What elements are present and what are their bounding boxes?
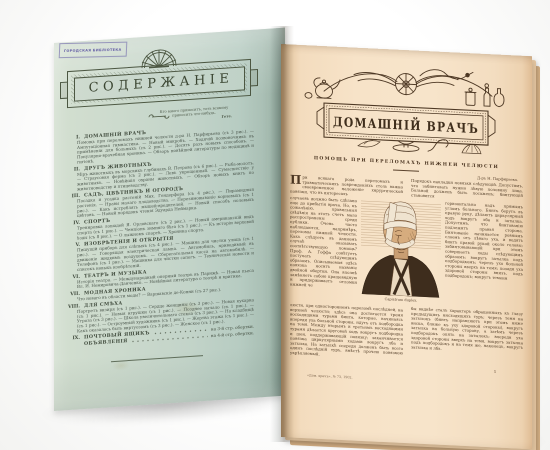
contents-page: ГОРОДСКАЯ БИБЛІОТЕКА СОДЕРЖАНІЕ xyxy=(54,28,285,411)
article-column-2-side: горизонтально надъ прямымъ угломъ больно… xyxy=(445,201,523,312)
dot-leader xyxy=(131,336,208,343)
toc-number: VI. xyxy=(67,274,80,280)
drop-cap: П xyxy=(290,174,301,185)
snake-tail-icon xyxy=(428,139,448,152)
article-column-1-bottom: люсти, при одностороннемъ переломѣ послѣ… xyxy=(290,302,403,374)
toc-number: IV. xyxy=(67,220,80,226)
toc-page-ref: на 4-й стр. обертки. xyxy=(211,330,254,338)
toc-number: III. xyxy=(67,193,80,199)
contents-title-frame: СОДЕРЖАНІЕ xyxy=(67,59,251,108)
toc-number: VII. xyxy=(67,291,80,297)
shell-ornament-icon xyxy=(462,144,481,154)
article-column-2-bottom: бы виднѣе сталъ характеръ обращенныхъ къ… xyxy=(411,306,523,373)
toc-number: II. xyxy=(67,166,80,172)
article-text: ри всякаго рода переломахъ и травматичес… xyxy=(290,175,403,196)
bottles-icon xyxy=(465,83,504,107)
pedestal-dish-icon xyxy=(393,140,419,151)
toc-number: V. xyxy=(67,242,80,248)
masthead-ornament: ДОМАШНІЙ ВРАЧЪ xyxy=(294,57,519,164)
bandaged-patient-illustration xyxy=(359,195,443,298)
toc-number xyxy=(67,341,80,342)
article-page: ДОМАШНІЙ ВРАЧЪ ПОМОЩЬ ПРИ ПЕРЕЛОМАХЪ НИЖ… xyxy=(281,44,532,449)
book-photo: ГОРОДСКАЯ БИБЛІОТЕКА СОДЕРЖАНІЕ xyxy=(0,0,550,450)
frame-ornament-band: СОДЕРЖАНІЕ xyxy=(71,63,247,104)
toc-number: I. xyxy=(67,134,80,140)
winged-wheel-icon xyxy=(354,71,458,97)
journal-footer: «Дом. врачъ», № 73, 1902. xyxy=(307,373,427,385)
toc-number: VIII. xyxy=(67,303,80,309)
table-of-contents: I. ДОМАШНІЙ ВРАЧЪ Помощь при переломахъ … xyxy=(67,123,254,361)
page-number: 1 xyxy=(487,369,503,378)
leaves-ornament-icon xyxy=(358,140,380,148)
contents-title: СОДЕРЖАНІЕ xyxy=(85,71,234,96)
article-column-1-side: случаевъ должно быть сдѣлано еще до приб… xyxy=(290,195,357,303)
kettle-icon xyxy=(305,77,340,100)
toc-number: IX. xyxy=(67,335,80,341)
frame-inner: СОДЕРЖАНІЕ xyxy=(74,66,245,101)
